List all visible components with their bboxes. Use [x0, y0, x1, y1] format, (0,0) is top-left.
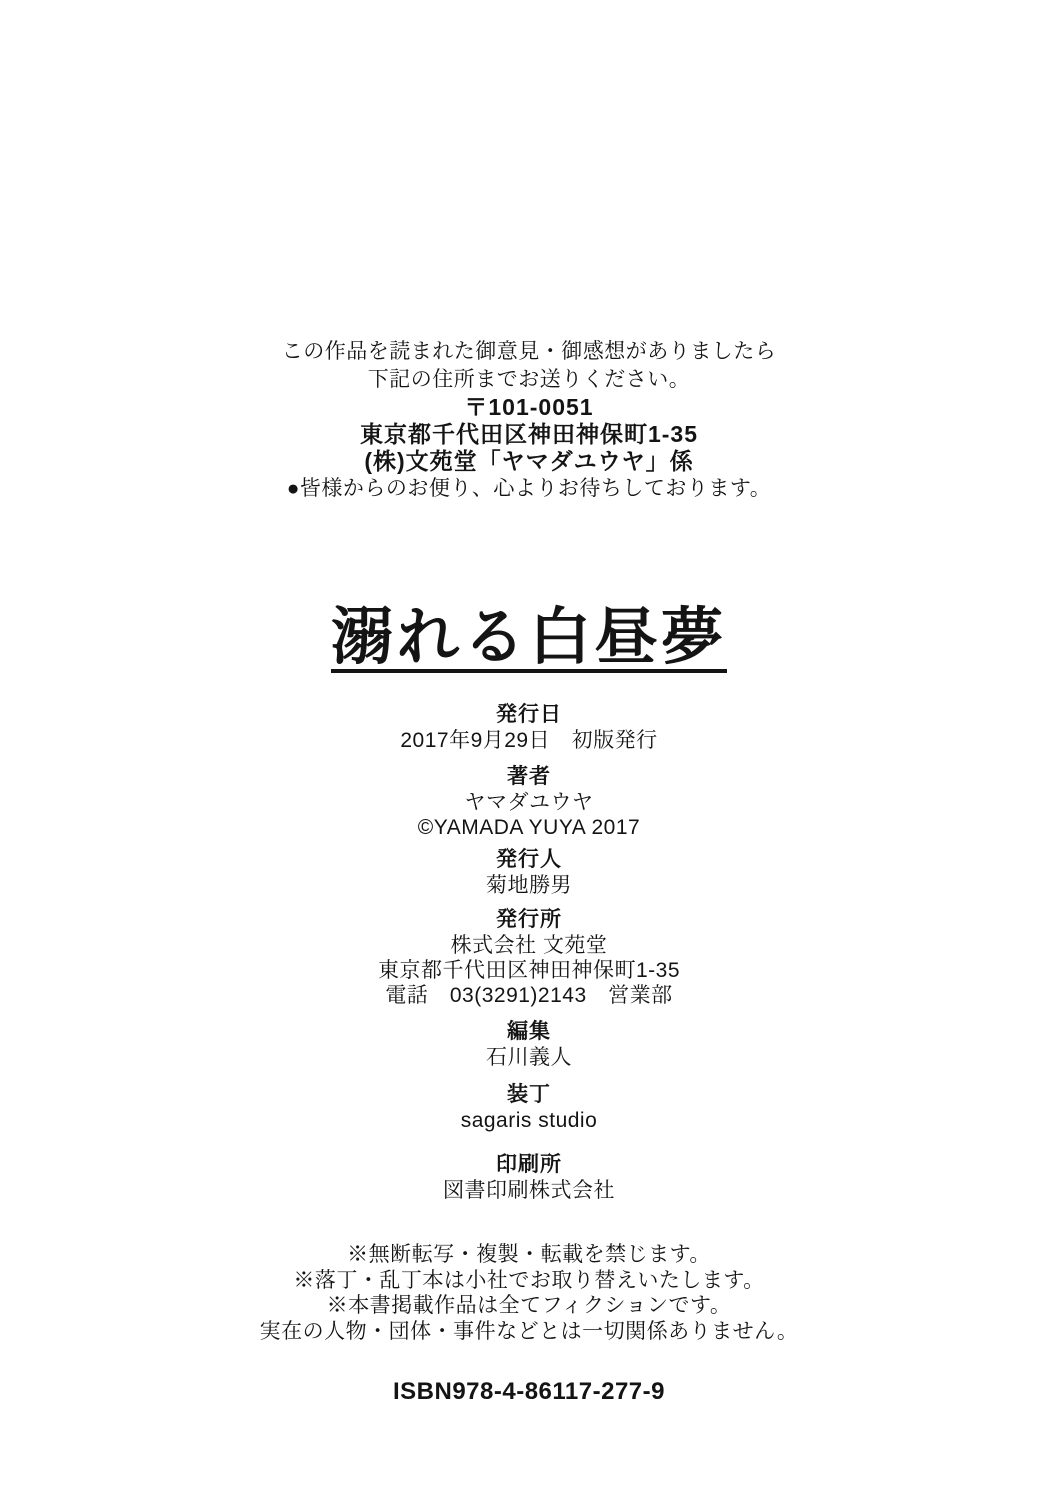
section-label: 発行所 — [0, 907, 1058, 933]
reader-feedback-notice: この作品を読まれた御意見・御感想がありましたら 下記の住所までお送りください。 … — [0, 338, 1058, 503]
colophon-page: この作品を読まれた御意見・御感想がありましたら 下記の住所までお送りください。 … — [0, 0, 1058, 1500]
publication-date: 2017年9月29日 初版発行 — [0, 728, 1058, 753]
publisher-phone: 電話 03(3291)2143 営業部 — [0, 983, 1058, 1008]
editor-name: 石川義人 — [0, 1045, 1058, 1070]
section-label: 発行人 — [0, 847, 1058, 873]
disclaimer-line-3: ※本書掲載作品は全てフィクションです。 — [0, 1293, 1058, 1319]
section-label: 装丁 — [0, 1082, 1058, 1108]
colophon-section-design: 装丁 sagaris studio — [0, 1082, 1058, 1133]
author-name: ヤマダユウヤ — [0, 790, 1058, 815]
isbn-block: ISBN978-4-86117-277-9 — [0, 1378, 1058, 1406]
colophon-section-author: 著者 ヤマダユウヤ ©YAMADA YUYA 2017 — [0, 764, 1058, 840]
feedback-line-2: 下記の住所までお送りください。 — [0, 366, 1058, 394]
colophon-section-publication-date: 発行日 2017年9月29日 初版発行 — [0, 702, 1058, 753]
publisher-name: 株式会社 文苑堂 — [0, 933, 1058, 958]
title-block: 溺れる白昼夢 — [0, 607, 1058, 673]
colophon-section-editor: 編集 石川義人 — [0, 1019, 1058, 1070]
publisher-address-line: 東京都千代田区神田神保町1-35 — [0, 958, 1058, 983]
disclaimer-line-1: ※無断転写・複製・転載を禁じます。 — [0, 1242, 1058, 1268]
publisher-address: 東京都千代田区神田神保町1-35 — [0, 421, 1058, 448]
disclaimer-line-4: 実在の人物・団体・事件などとは一切関係ありません。 — [0, 1319, 1058, 1345]
colophon-section-publisher: 発行所 株式会社 文苑堂 東京都千代田区神田神保町1-35 電話 03(3291… — [0, 907, 1058, 1008]
isbn: ISBN978-4-86117-277-9 — [0, 1378, 1058, 1406]
book-title: 溺れる白昼夢 — [331, 607, 727, 673]
colophon-section-issuer: 発行人 菊地勝男 — [0, 847, 1058, 898]
disclaimer-line-2: ※落丁・乱丁本は小社でお取り替えいたします。 — [0, 1268, 1058, 1294]
recipient-line: (株)文苑堂「ヤマダユウヤ」係 — [0, 448, 1058, 475]
copyright-line: ©YAMADA YUYA 2017 — [0, 815, 1058, 840]
section-label: 著者 — [0, 764, 1058, 790]
feedback-closing: ●皆様からのお便り、心よりお待ちしております。 — [0, 475, 1058, 503]
postal-code: 〒101-0051 — [0, 394, 1058, 421]
issuer-name: 菊地勝男 — [0, 873, 1058, 898]
section-label: 発行日 — [0, 702, 1058, 728]
feedback-line-1: この作品を読まれた御意見・御感想がありましたら — [0, 338, 1058, 366]
colophon-section-printer: 印刷所 図書印刷株式会社 — [0, 1152, 1058, 1203]
section-label: 編集 — [0, 1019, 1058, 1045]
section-label: 印刷所 — [0, 1152, 1058, 1178]
disclaimer-block: ※無断転写・複製・転載を禁じます。 ※落丁・乱丁本は小社でお取り替えいたします。… — [0, 1242, 1058, 1344]
designer-name: sagaris studio — [0, 1108, 1058, 1133]
printer-name: 図書印刷株式会社 — [0, 1178, 1058, 1203]
